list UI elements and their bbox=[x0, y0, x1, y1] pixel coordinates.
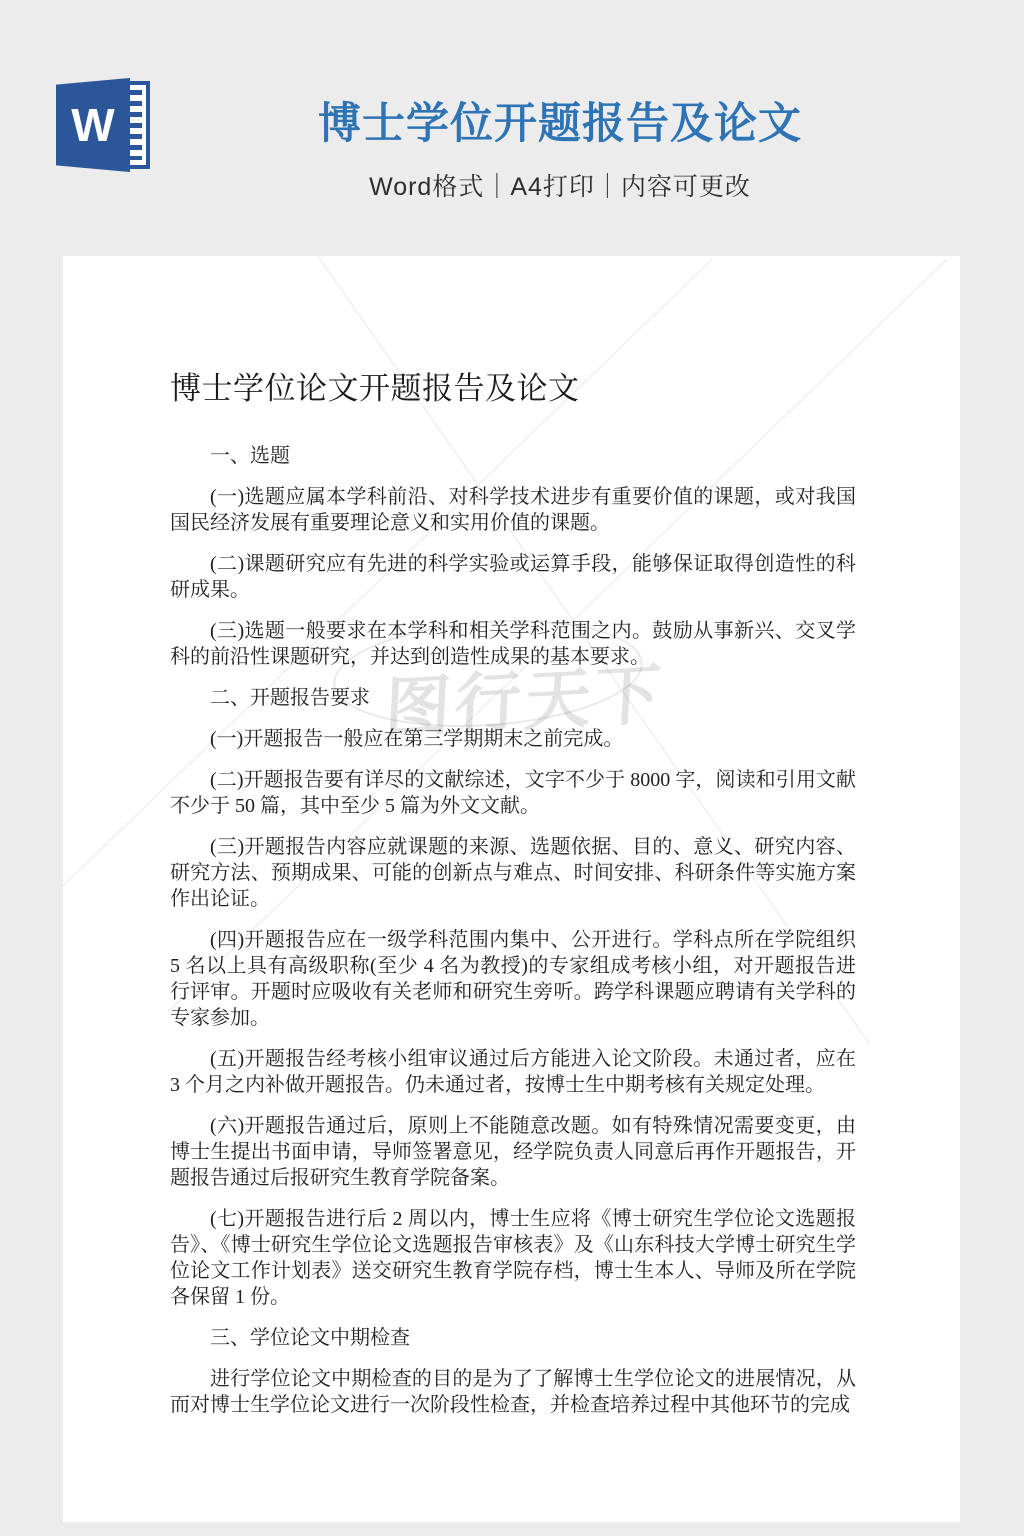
page-subtitle: Word格式｜A4打印｜内容可更改 bbox=[96, 167, 1024, 203]
header-text: 博士学位开题报告及论文 Word格式｜A4打印｜内容可更改 bbox=[96, 0, 1024, 203]
header: W 博士学位开题报告及论文 Word格式｜A4打印｜内容可更改 bbox=[0, 0, 1024, 256]
paragraph: (七)开题报告进行后 2 周以内，博士生应将《博士研究生学位论文选题报告》、《博… bbox=[170, 1206, 856, 1310]
paragraph: (一)选题应属本学科前沿、对科学技术进步有重要价值的课题，或对我国国民经济发展有… bbox=[170, 484, 856, 536]
paragraph: (二)开题报告要有详尽的文献综述，文字不少于 8000 字，阅读和引用文献不少于… bbox=[170, 767, 856, 819]
paragraph: (二)课题研究应有先进的科学实验或运算手段，能够保证取得创造性的科研成果。 bbox=[170, 551, 856, 603]
section-heading: 二、开题报告要求 bbox=[170, 685, 856, 711]
paragraph: (三)开题报告内容应就课题的来源、选题依据、目的、意义、研究内容、研究方法、预期… bbox=[170, 834, 856, 912]
paragraph: 进行学位论文中期检查的目的是为了了解博士生学位论文的进展情况，从而对博士生学位论… bbox=[170, 1366, 856, 1418]
page-title: 博士学位开题报告及论文 bbox=[96, 90, 1024, 151]
paragraph: (五)开题报告经考核小组审议通过后方能进入论文阶段。未通过者，应在 3 个月之内… bbox=[170, 1046, 856, 1098]
section-heading: 一、选题 bbox=[170, 443, 856, 469]
section-heading: 三、学位论文中期检查 bbox=[170, 1325, 856, 1351]
document-title: 博士学位论文开题报告及论文 bbox=[170, 366, 856, 412]
document-content: 博士学位论文开题报告及论文 一、选题(一)选题应属本学科前沿、对科学技术进步有重… bbox=[170, 366, 856, 1418]
paragraph: (三)选题一般要求在本学科和相关学科范围之内。鼓励从事新兴、交叉学科的前沿性课题… bbox=[170, 618, 856, 670]
document-page: 图行天下 博士学位论文开题报告及论文 一、选题(一)选题应属本学科前沿、对科学技… bbox=[63, 256, 960, 1522]
paragraph: (六)开题报告通过后，原则上不能随意改题。如有特殊情况需要变更，由博士生提出书面… bbox=[170, 1113, 856, 1191]
paragraph: (一)开题报告一般应在第三学期期末之前完成。 bbox=[170, 726, 856, 752]
paragraph: (四)开题报告应在一级学科范围内集中、公开进行。学科点所在学院组织 5 名以上具… bbox=[170, 927, 856, 1031]
document-body: 一、选题(一)选题应属本学科前沿、对科学技术进步有重要价值的课题，或对我国国民经… bbox=[170, 443, 856, 1418]
